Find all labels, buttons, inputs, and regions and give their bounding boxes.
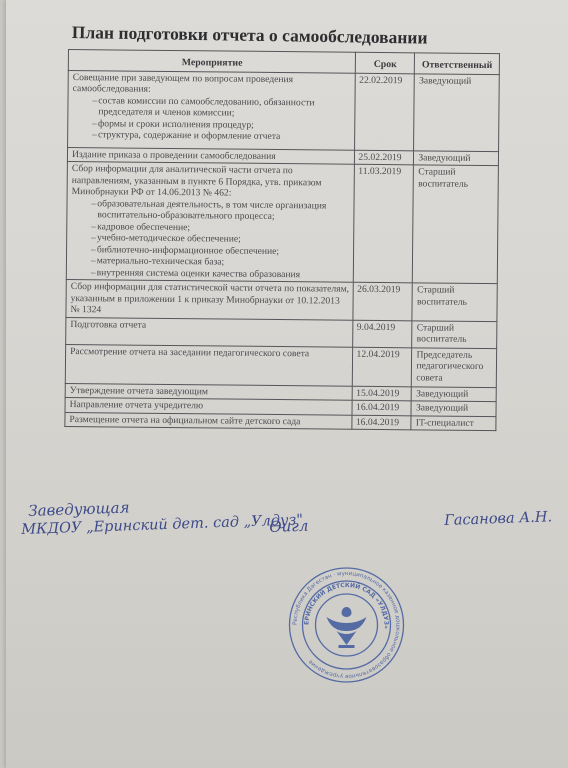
paper-sheet: План подготовки отчета о самообследовани… <box>6 0 568 768</box>
cell-responsible: Председатель педагогического совета <box>412 347 497 387</box>
cell-responsible: Заведующий <box>414 150 499 165</box>
plan-table-container: Мероприятие Срок Ответственный Совещание… <box>64 49 500 431</box>
cell-event: Размещение отчета на официальном сайте д… <box>65 412 353 429</box>
cell-deadline: 16.04.2019 <box>352 415 411 430</box>
stamp-inner-text: ЕРИНСКИЙ ДЕТСКИЙ САД «УЛДУЗ» <box>303 582 389 629</box>
table-row: Рассмотрение отчета на заседании педагог… <box>65 344 496 387</box>
cell-responsible: Старший воспитатель <box>413 165 499 284</box>
cell-responsible: Заведующий <box>414 73 499 151</box>
cell-event: Сбор информации для статистической части… <box>66 279 354 319</box>
event-text: Издание приказа о проведении самообследо… <box>72 149 351 163</box>
cell-responsible: Заведующий <box>411 401 496 416</box>
cell-event: Рассмотрение отчета на заседании педагог… <box>65 344 353 386</box>
cell-responsible: Заведующий <box>412 386 497 401</box>
event-text: Размещение отчета на официальном сайте д… <box>69 414 348 428</box>
cell-deadline: 9.04.2019 <box>353 320 412 348</box>
table-row: Размещение отчета на официальном сайте д… <box>65 412 496 431</box>
table-row: Сбор информации для аналитической части … <box>66 161 498 283</box>
plan-table: Мероприятие Срок Ответственный Совещание… <box>64 49 500 431</box>
table-row: Подготовка отчета9.04.2019Старший воспит… <box>66 317 497 348</box>
header-deadline: Срок <box>356 52 415 73</box>
cell-deadline: 26.03.2019 <box>353 282 412 320</box>
subitem: структура, содержание и оформление отчет… <box>92 129 351 143</box>
svg-text:ЕРИНСКИЙ ДЕТСКИЙ САД «УЛДУЗ»: ЕРИНСКИЙ ДЕТСКИЙ САД «УЛДУЗ» <box>303 582 389 629</box>
signature-scribble: Ѳигл <box>269 517 309 536</box>
cell-deadline: 15.04.2019 <box>353 386 412 401</box>
cell-event: Сбор информации для аналитической части … <box>66 161 355 282</box>
subitem: внутренняя система оценки качества образ… <box>91 267 350 281</box>
cell-responsible: Старший воспитатель <box>412 283 497 321</box>
signature-position: Заведующая <box>28 498 130 520</box>
official-stamp: Республика Дагестан · муниципальное казе… <box>285 565 408 685</box>
cell-deadline: 22.02.2019 <box>355 73 415 151</box>
table-row: Совещание при заведующем по вопросам про… <box>68 70 500 151</box>
event-subitems: образовательная деятельность, в том числ… <box>71 198 350 281</box>
subitem: состав комиссии по самообследованию, обя… <box>92 95 351 120</box>
cell-deadline: 12.04.2019 <box>353 347 412 387</box>
event-text: Утверждение отчета заведующим <box>70 385 349 399</box>
eagle-emblem-icon <box>327 607 367 648</box>
cell-event: Подготовка отчета <box>66 317 354 347</box>
event-text: Сбор информации для статистической части… <box>70 281 349 318</box>
event-text: Совещание при заведующем по вопросам про… <box>73 72 352 98</box>
header-responsible: Ответственный <box>415 53 500 74</box>
cell-deadline: 25.02.2019 <box>355 150 414 165</box>
cell-responsible: IT-специалист <box>411 415 496 430</box>
document-title: План подготовки отчета о самообследовани… <box>72 22 428 49</box>
table-row: Сбор информации для статистической части… <box>66 279 497 321</box>
subitem: образовательная деятельность, в том числ… <box>91 198 350 223</box>
header-event: Мероприятие <box>68 50 356 73</box>
cell-event: Совещание при заведующем по вопросам про… <box>68 70 356 150</box>
event-text: Сбор информации для аналитической части … <box>72 163 351 200</box>
cell-responsible: Старший воспитатель <box>412 320 497 348</box>
signature-name: Гасанова А.Н. <box>444 509 552 529</box>
cell-deadline: 11.03.2019 <box>354 164 414 283</box>
cell-deadline: 16.04.2019 <box>352 400 411 415</box>
event-text: Рассмотрение отчета на заседании педагог… <box>70 346 349 360</box>
event-subitems: состав комиссии по самообследованию, обя… <box>72 95 351 144</box>
event-text: Подготовка отчета <box>70 319 349 333</box>
event-text: Направление отчета учредителю <box>70 399 349 413</box>
